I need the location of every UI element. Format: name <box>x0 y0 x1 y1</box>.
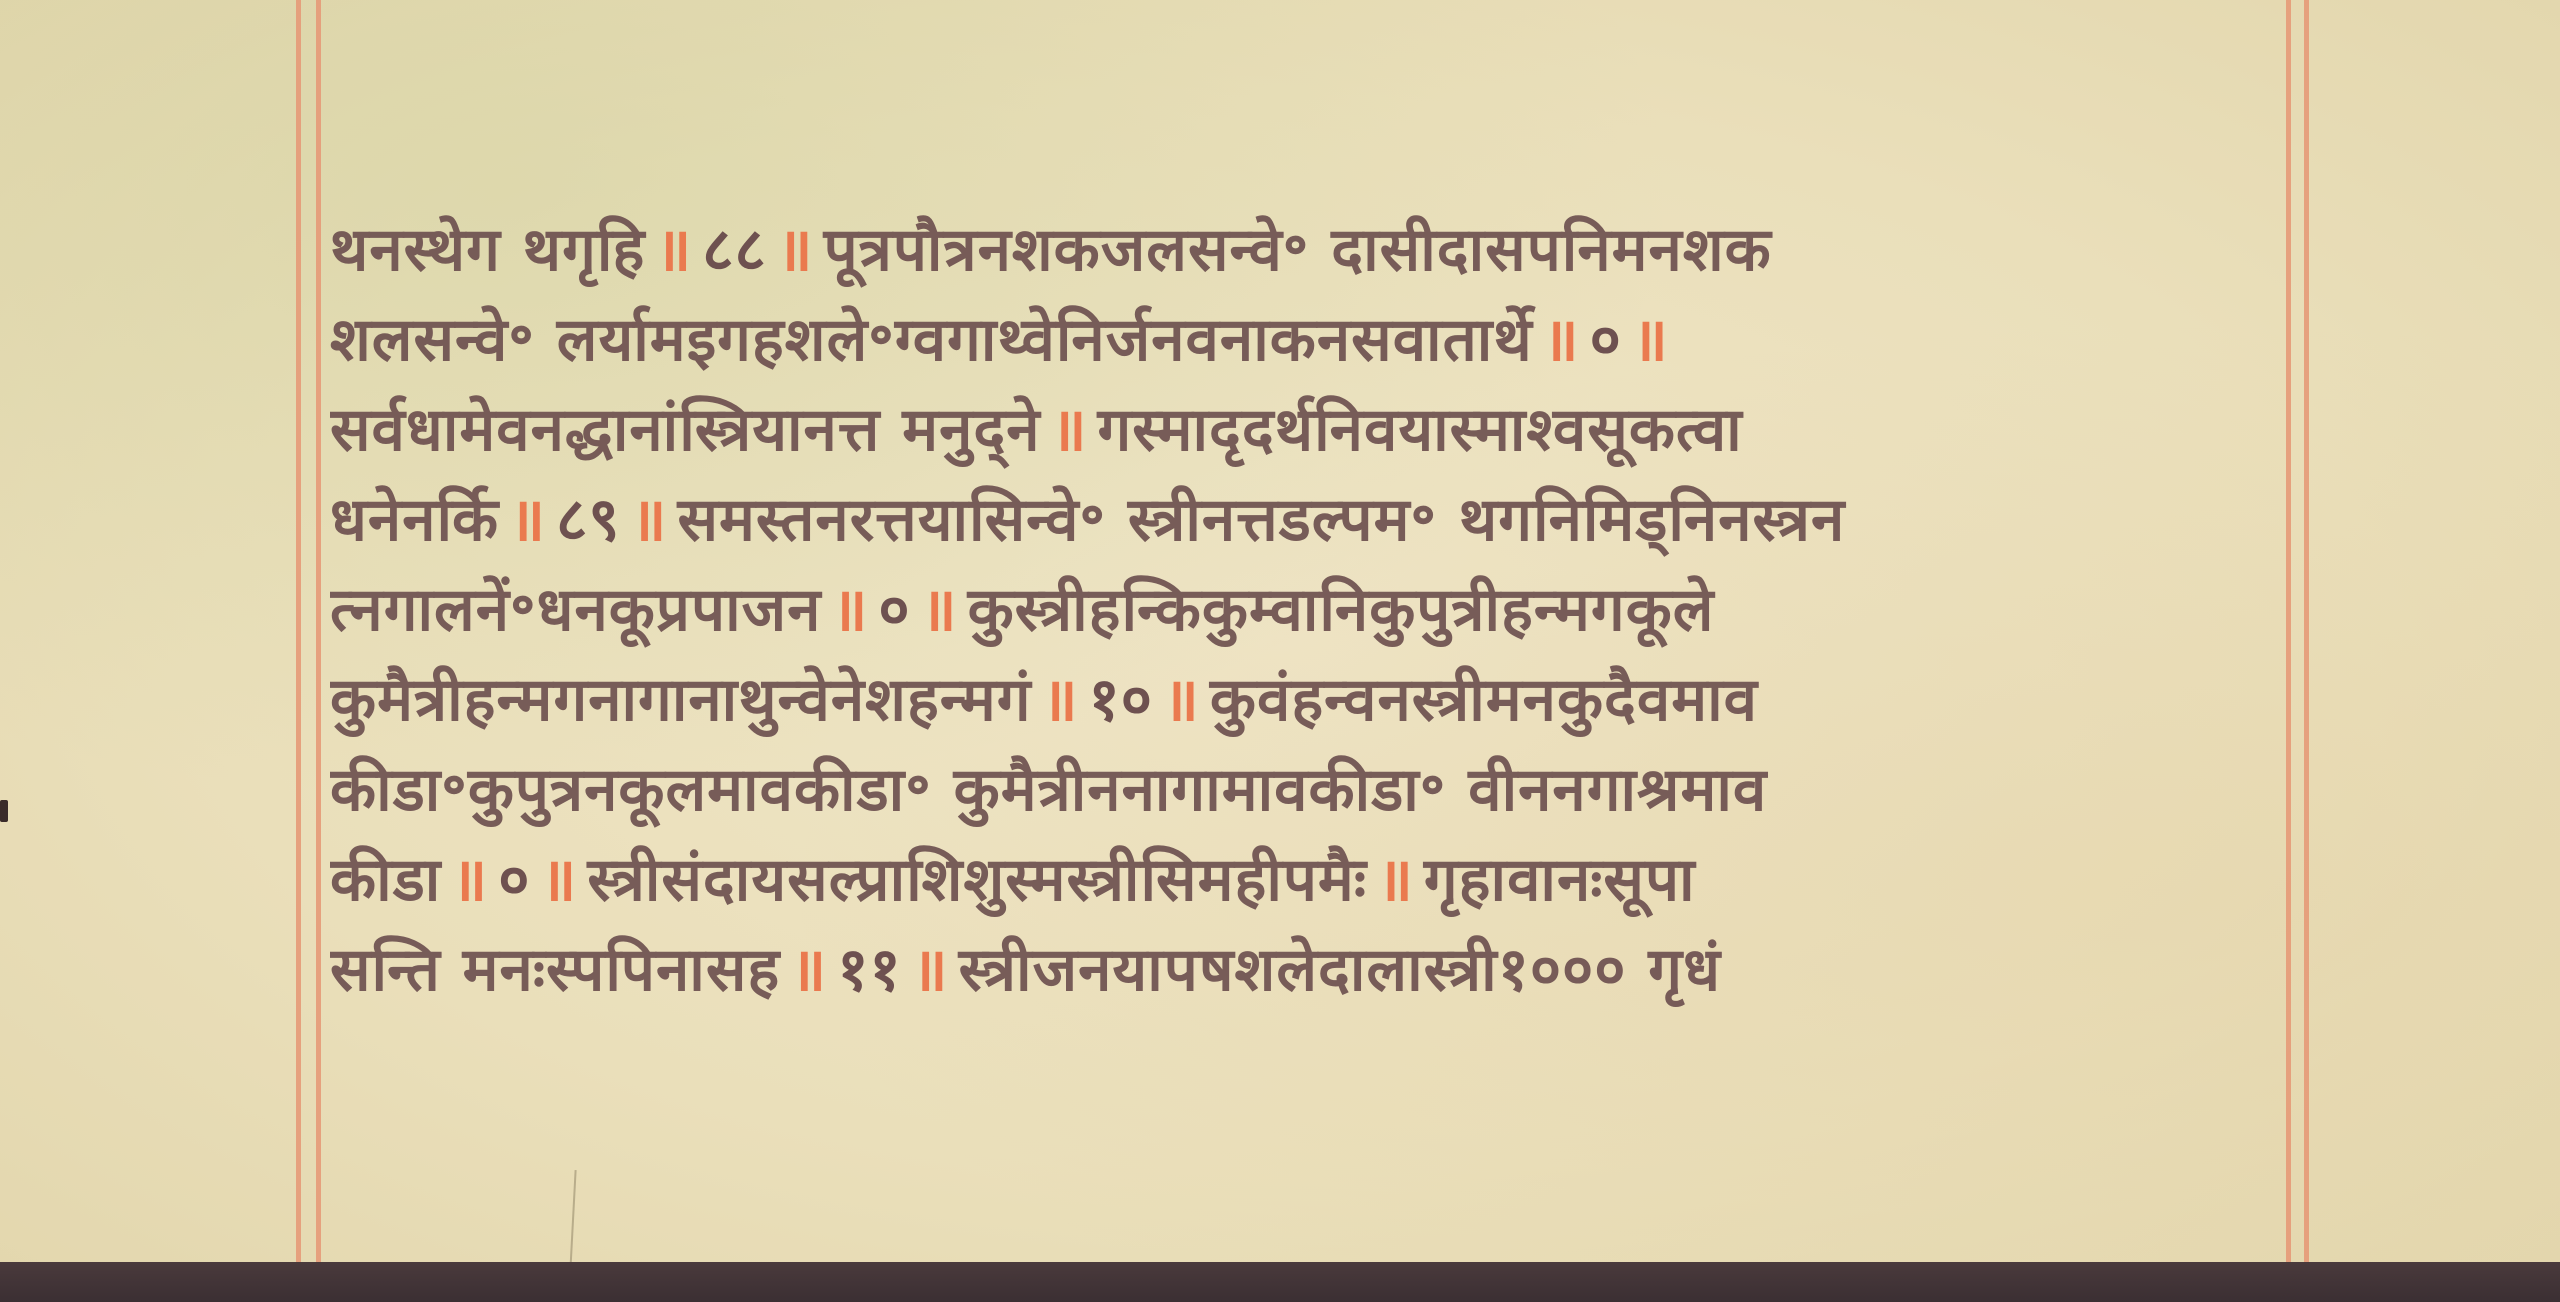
danda-rubric: ॥ <box>1543 295 1580 385</box>
text-line: कीडा॰कुपुत्रनकूलमावकीडा॰ कुमैत्रीननागामा… <box>330 745 2290 835</box>
danda-rubric: ॥ <box>1377 835 1414 925</box>
text-line: धनेनर्कि॥८९॥समस्तनरत्तयासिन्वे॰ स्त्रीनत… <box>330 475 2290 565</box>
danda-rubric: ॥ <box>655 205 692 295</box>
danda-rubric: ॥ <box>1051 385 1088 475</box>
text-line: शलसन्वे॰ लर्यामइगहशले॰ग्वगाथ्वेनिर्जनवना… <box>330 295 2290 385</box>
text-segment: थनस्थेग थगृहि <box>330 205 645 295</box>
text-segment: धनेनर्कि <box>330 475 499 565</box>
text-segment: स्त्रीसंदायसल्प्राशिशुस्मस्त्रीसिमहीपमैः <box>587 835 1367 925</box>
danda-rubric: ॥ <box>1632 295 1669 385</box>
danda-rubric: ॥ <box>777 205 814 295</box>
danda-rubric: ॥ <box>790 925 827 1015</box>
verse-number: ८८ <box>702 205 766 295</box>
left-ruling-line-outer <box>296 0 301 1262</box>
verse-number: ८९ <box>556 475 620 565</box>
verse-number: ० <box>1590 295 1622 385</box>
danda-rubric: ॥ <box>912 925 949 1015</box>
danda-rubric: ॥ <box>1163 655 1200 745</box>
danda-rubric: ॥ <box>451 835 488 925</box>
text-segment: पूत्रपौत्रनशकजलसन्वे॰ दासीदासपनिमनशक <box>824 205 1772 295</box>
text-segment: शलसन्वे॰ लर्यामइगहशले॰ग्वगाथ्वेनिर्जनवना… <box>330 295 1533 385</box>
text-segment: कुमैत्रीहन्मगनागानाथुन्वेनेशहन्मगं <box>330 655 1032 745</box>
danda-rubric: ॥ <box>540 835 577 925</box>
text-segment: कुवंहन्वनस्त्रीमनकुदैवमाव <box>1210 655 1758 745</box>
binding-backing <box>0 1262 2560 1302</box>
danda-rubric: ॥ <box>1042 655 1079 745</box>
text-segment: समस्तनरत्तयासिन्वे॰ स्त्रीनत्तडल्पम॰ थगन… <box>677 475 1845 565</box>
text-line: सर्वधामेवनद्धानांस्त्रियानत्त मनुद्ने॥गस… <box>330 385 2290 475</box>
text-segment: त्नगालनें॰धनकूप्रपाजन <box>330 565 821 655</box>
danda-rubric: ॥ <box>630 475 667 565</box>
text-segment: स्त्रीजनयापषशलेदालास्त्री१००० गृधं <box>959 925 1721 1015</box>
text-segment: कुस्त्रीहन्किकुम्वानिकुपुत्रीहन्मगकूले <box>968 565 1715 655</box>
verse-number: ० <box>878 565 910 655</box>
text-segment: सन्ति मनःस्पपिनासह <box>330 925 780 1015</box>
manuscript-text-block: थनस्थेग थगृहि॥८८॥पूत्रपौत्रनशकजलसन्वे॰ द… <box>330 205 2290 1015</box>
text-line: कीडा॥०॥स्त्रीसंदायसल्प्राशिशुस्मस्त्रीसि… <box>330 835 2290 925</box>
text-line: थनस्थेग थगृहि॥८८॥पूत्रपौत्रनशकजलसन्वे॰ द… <box>330 205 2290 295</box>
text-line: सन्ति मनःस्पपिनासह॥११॥स्त्रीजनयापषशलेदाल… <box>330 925 2290 1015</box>
danda-rubric: ॥ <box>921 565 958 655</box>
text-segment: गस्मादृदर्थनिवयास्माश्वसूकत्वा <box>1098 385 1743 475</box>
danda-rubric: ॥ <box>509 475 546 565</box>
text-line: त्नगालनें॰धनकूप्रपाजन॥०॥कुस्त्रीहन्किकुम… <box>330 565 2290 655</box>
text-segment: कीडा <box>330 835 441 925</box>
verse-number: ० <box>498 835 530 925</box>
verse-number: १० <box>1089 655 1153 745</box>
text-line: कुमैत्रीहन्मगनागानाथुन्वेनेशहन्मगं॥१०॥कु… <box>330 655 2290 745</box>
text-segment: कीडा॰कुपुत्रनकूलमावकीडा॰ कुमैत्रीननागामा… <box>330 745 1767 835</box>
text-segment: सर्वधामेवनद्धानांस्त्रियानत्त मनुद्ने <box>330 385 1041 475</box>
text-segment: गृहावानःसूपा <box>1424 835 1696 925</box>
right-ruling-line-outer <box>2304 0 2309 1262</box>
danda-rubric: ॥ <box>831 565 868 655</box>
edge-stain <box>0 800 8 822</box>
left-ruling-line-inner <box>316 0 321 1262</box>
verse-number: ११ <box>837 925 901 1015</box>
